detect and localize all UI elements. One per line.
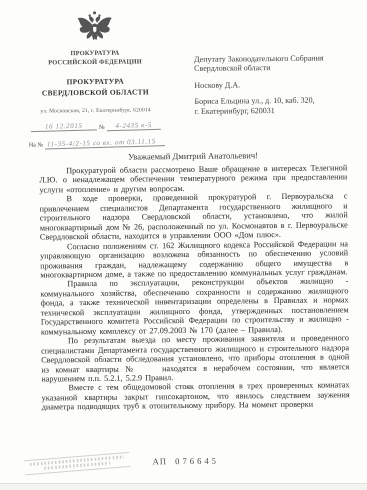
parent-org-line2: РОССИЙСКОЙ ФЕДЕРАЦИИ [14, 57, 176, 68]
number-sign-label: № [97, 124, 107, 130]
recipient-address-line2: г. Екатеринбург, 620031 [195, 105, 361, 116]
greeting: Уважаемый Дмитрий Анатольевич! [39, 149, 347, 162]
outgoing-number-line: 16 12.2015 № 4-2435 к-5 [15, 118, 177, 132]
org-address: ул. Московская, 21, г. Екатеринбург, 620… [15, 107, 177, 115]
org-name: ПРОКУРАТУРА СВЕРДЛОВСКОЙ ОБЛАСТИ [14, 75, 176, 100]
handwritten-number: 4-2435 к-5 [106, 120, 160, 131]
paragraph: В ходе проверки, проведенной прокуратуро… [39, 192, 347, 242]
form-serial-number: АП 076645 [2, 454, 367, 468]
letter-body: Прокуратурой области рассмотрено Ваше об… [39, 163, 350, 412]
form-series: АП [153, 456, 168, 466]
ref-label: На № [27, 142, 45, 148]
paragraph: Прокуратурой области рассмотрено Ваше об… [39, 163, 347, 195]
reference-number-line: На № 11-35-4/2-15 со вх. от 03.11.15 [15, 135, 177, 149]
scan-bottom-edge [0, 483, 367, 490]
recipient-block: Депутату Законодательного Собрания Сверд… [194, 53, 361, 116]
paragraph: Вместе с тем общедомовой стояк отопления… [41, 381, 349, 413]
letter-content: ПРОКУРАТУРА РОССИЙСКОЙ ФЕДЕРАЦИИ ПРОКУРА… [0, 0, 367, 490]
paragraph: По результатам выезда по месту проживани… [41, 333, 349, 383]
handwritten-date: 16 12.2015 [31, 121, 97, 132]
handwritten-reference: 11-35-4/2-15 со вх. от 03.11.15 [45, 137, 165, 149]
paragraph: Согласно положениям ст. 162 Жилищного ко… [40, 239, 348, 280]
letterhead: ПРОКУРАТУРА РОССИЙСКОЙ ФЕДЕРАЦИИ ПРОКУРА… [14, 6, 177, 148]
scanned-letter: ПРОКУРАТУРА РОССИЙСКОЙ ФЕДЕРАЦИИ ПРОКУРА… [0, 0, 367, 490]
coat-of-arms-icon [76, 7, 114, 47]
org-line2: СВЕРДЛОВСКОЙ ОБЛАСТИ [14, 86, 176, 99]
form-digits: 076645 [175, 456, 219, 466]
paragraph: Правила по эксплуатации, реконструкции о… [40, 277, 349, 337]
parent-org-name: ПРОКУРАТУРА РОССИЙСКОЙ ФЕДЕРАЦИИ [14, 48, 176, 68]
